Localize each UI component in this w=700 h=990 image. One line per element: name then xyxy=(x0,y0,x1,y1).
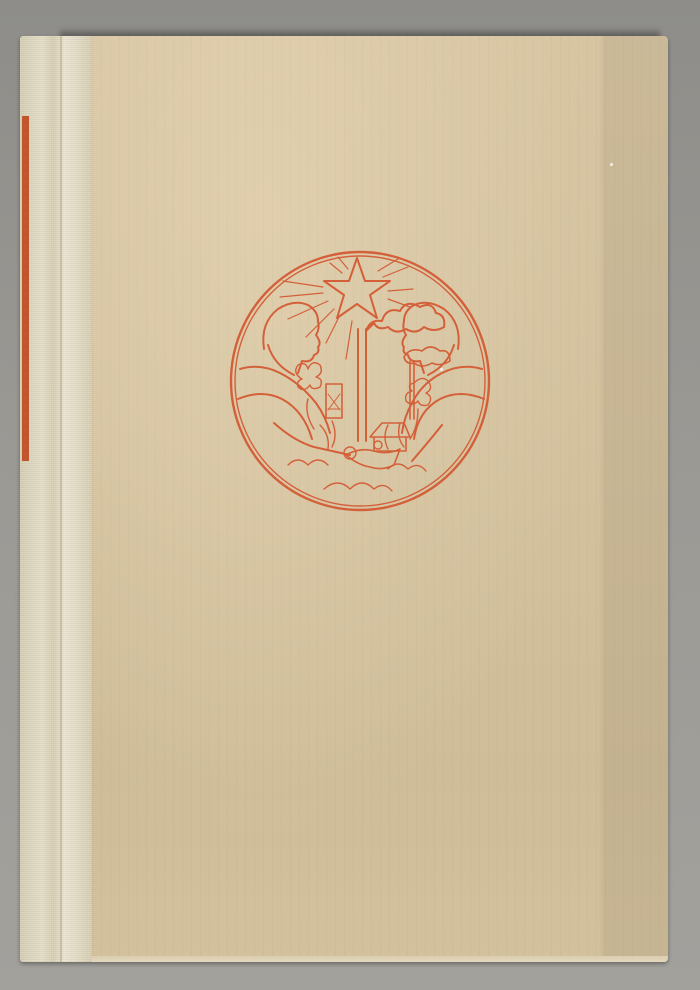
left-figure xyxy=(238,303,350,455)
flowers xyxy=(288,363,431,491)
dust-speck xyxy=(440,368,443,371)
cloth-spine xyxy=(20,36,94,962)
dust-speck xyxy=(610,163,613,166)
emblem-medallion xyxy=(228,249,492,513)
spine-red-stripe xyxy=(22,116,29,461)
book-cover xyxy=(20,36,668,962)
board-bottom-edge xyxy=(92,956,668,962)
chimney xyxy=(358,329,366,441)
spine-groove xyxy=(60,36,62,962)
sun-rays xyxy=(280,257,413,359)
mine-headframe xyxy=(326,384,342,418)
emblem-outer-ring xyxy=(231,252,489,510)
